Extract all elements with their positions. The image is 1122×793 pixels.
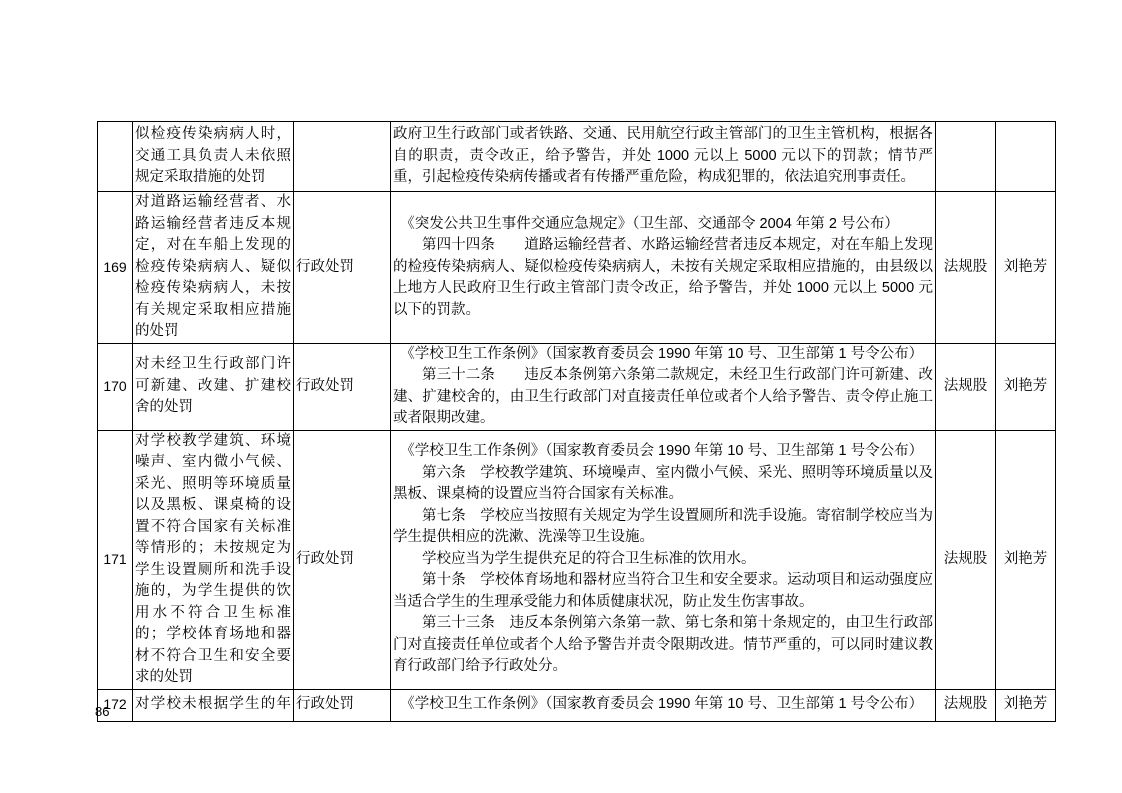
legal-basis-cell: 《突发公共卫生事件交通应急规定》（卫生部、交通部令 2004 年第 2 号公布）…	[391, 192, 936, 344]
legal-basis-paragraph: 第六条 学校教学建筑、环境噪声、室内微小气候、采光、照明等环境质量以及黑板、课桌…	[393, 463, 933, 506]
penalty-type-cell: 行政处罚	[294, 430, 391, 689]
legal-basis-paragraph: 第七条 学校应当按照有关规定为学生设置厕所和洗手设施。寄宿制学校应当为学生提供相…	[393, 506, 933, 549]
legal-basis-paragraph: 《学校卫生工作条例》（国家教育委员会 1990 年第 10 号、卫生部第 1 号…	[393, 344, 933, 366]
table-body: 似检疫传染病病人时，交通工具负责人未依照规定采取措施的处罚 政府卫生行政部门或者…	[98, 122, 1056, 722]
item-cell: 对学校未根据学生的年	[133, 689, 294, 721]
department-cell: 法规股	[936, 430, 996, 689]
document-page: 似检疫传染病病人时，交通工具负责人未依照规定采取措施的处罚 政府卫生行政部门或者…	[0, 0, 1122, 793]
penalty-type-cell: 行政处罚	[294, 689, 391, 721]
legal-basis-paragraph: 第十条 学校体育场地和器材应当符合卫生和安全要求。运动项目和运动强度应当适合学生…	[393, 570, 933, 613]
person-cell: 刘艳芳	[996, 343, 1056, 430]
department-cell	[936, 122, 996, 192]
table-row: 170 对未经卫生行政部门许可新建、改建、扩建校舍的处罚 行政处罚 《学校卫生工…	[98, 343, 1056, 430]
person-cell: 刘艳芳	[996, 689, 1056, 721]
legal-basis-paragraph: 《学校卫生工作条例》（国家教育委员会 1990 年第 10 号、卫生部第 1 号…	[393, 694, 933, 716]
table-row: 169 对道路运输经营者、水路运输经营者违反本规定，对在车船上发现的检疫传染病病…	[98, 192, 1056, 344]
legal-basis-paragraph: 政府卫生行政部门或者铁路、交通、民用航空行政主管部门的卫生主管机构，根据各自的职…	[393, 124, 933, 189]
row-number-cell: 170	[98, 343, 133, 430]
legal-basis-paragraph: 《突发公共卫生事件交通应急规定》（卫生部、交通部令 2004 年第 2 号公布）	[393, 214, 933, 236]
penalty-table: 似检疫传染病病人时，交通工具负责人未依照规定采取措施的处罚 政府卫生行政部门或者…	[97, 121, 1056, 722]
department-cell: 法规股	[936, 689, 996, 721]
legal-basis-paragraph: 第三十二条 违反本条例第六条第二款规定，未经卫生行政部门许可新建、改建、扩建校舍…	[393, 365, 933, 430]
item-cell: 对未经卫生行政部门许可新建、改建、扩建校舍的处罚	[133, 343, 294, 430]
legal-basis-cell: 《学校卫生工作条例》（国家教育委员会 1990 年第 10 号、卫生部第 1 号…	[391, 689, 936, 721]
legal-basis-paragraph: 第三十三条 违反本条例第六条第一款、第七条和第十条规定的，由卫生行政部门对直接责…	[393, 613, 933, 678]
penalty-type-cell: 行政处罚	[294, 343, 391, 430]
row-number-cell	[98, 122, 133, 192]
person-cell	[996, 122, 1056, 192]
item-cell: 似检疫传染病病人时，交通工具负责人未依照规定采取措施的处罚	[133, 122, 294, 192]
person-cell: 刘艳芳	[996, 430, 1056, 689]
item-cell: 对道路运输经营者、水路运输经营者违反本规定，对在车船上发现的检疫传染病病人、疑似…	[133, 192, 294, 344]
page-number: 86	[95, 704, 109, 720]
legal-basis-cell: 《学校卫生工作条例》（国家教育委员会 1990 年第 10 号、卫生部第 1 号…	[391, 430, 936, 689]
penalty-type-cell: 行政处罚	[294, 192, 391, 344]
person-cell: 刘艳芳	[996, 192, 1056, 344]
legal-basis-cell: 《学校卫生工作条例》（国家教育委员会 1990 年第 10 号、卫生部第 1 号…	[391, 343, 936, 430]
penalty-type-cell	[294, 122, 391, 192]
legal-basis-cell: 政府卫生行政部门或者铁路、交通、民用航空行政主管部门的卫生主管机构，根据各自的职…	[391, 122, 936, 192]
legal-basis-paragraph: 第四十四条 道路运输经营者、水路运输经营者违反本规定，对在车船上发现的检疫传染病…	[393, 235, 933, 321]
legal-basis-paragraph: 《学校卫生工作条例》（国家教育委员会 1990 年第 10 号、卫生部第 1 号…	[393, 441, 933, 463]
item-cell: 对学校教学建筑、环境噪声、室内微小气候、采光、照明等环境质量以及黑板、课桌椅的设…	[133, 430, 294, 689]
legal-basis-paragraph: 学校应当为学生提供充足的符合卫生标准的饮用水。	[393, 549, 933, 571]
table-row: 171 对学校教学建筑、环境噪声、室内微小气候、采光、照明等环境质量以及黑板、课…	[98, 430, 1056, 689]
department-cell: 法规股	[936, 343, 996, 430]
row-number-cell: 169	[98, 192, 133, 344]
row-number-cell: 171	[98, 430, 133, 689]
table-row: 172 对学校未根据学生的年 行政处罚 《学校卫生工作条例》（国家教育委员会 1…	[98, 689, 1056, 721]
table-row: 似检疫传染病病人时，交通工具负责人未依照规定采取措施的处罚 政府卫生行政部门或者…	[98, 122, 1056, 192]
department-cell: 法规股	[936, 192, 996, 344]
